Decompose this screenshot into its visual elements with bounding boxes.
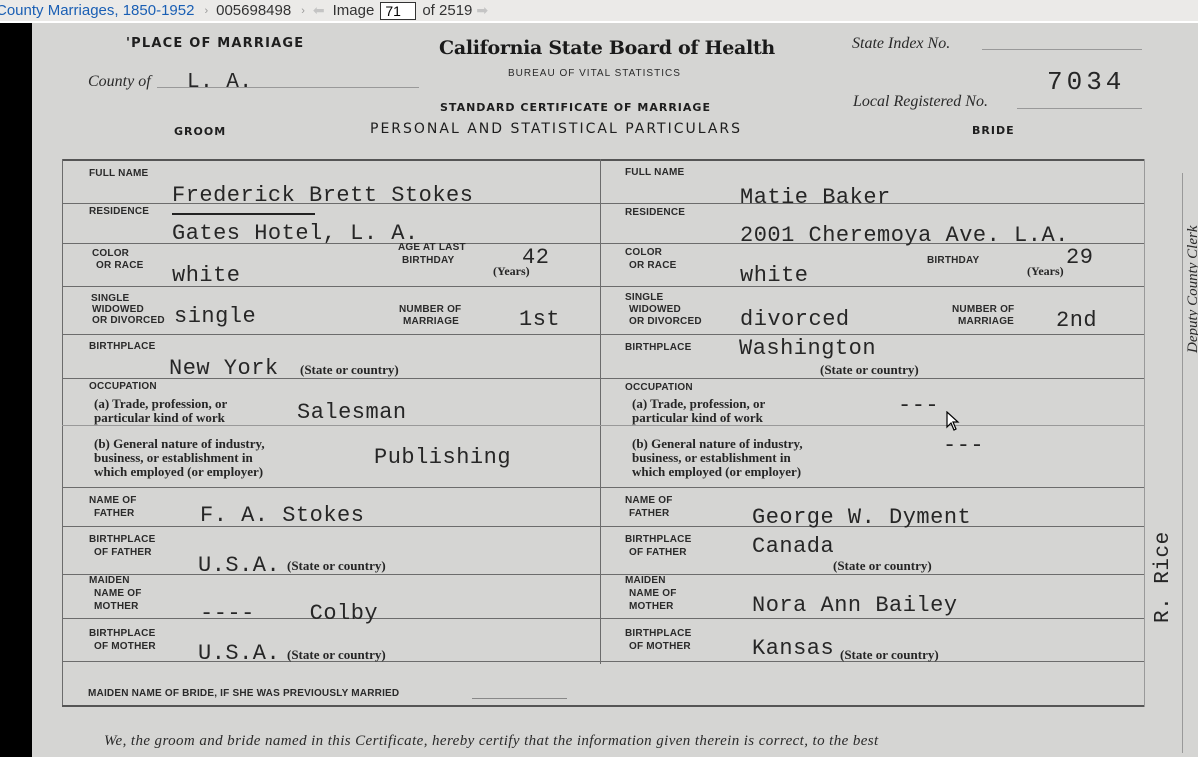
groom-residence-label: RESIDENCE (89, 206, 149, 217)
bride-father-birthplace-hint: (State or country) (833, 558, 932, 574)
margin-rule (1182, 173, 1183, 753)
groom-age-label-2: BIRTHDAY (402, 255, 454, 266)
bride-father-birthplace-label-1: BIRTHPLACE (625, 534, 691, 545)
bride-birthplace-label: BIRTHPLACE (625, 342, 691, 353)
bride-marriage-number-label-1: NUMBER OF (952, 304, 1014, 315)
bride-age-label-2: BIRTHDAY (927, 255, 979, 266)
groom-color-label-1: COLOR (92, 248, 129, 259)
groom-father-label-2: FATHER (94, 508, 134, 519)
groom-father-birthplace: U.S.A. (198, 553, 280, 578)
groom-occupation-a-label-2: particular kind of work (94, 411, 225, 425)
bride-occupation-b-label-2: business, or establishment in (632, 451, 791, 465)
local-registered-number: 7034 (1047, 67, 1125, 97)
groom-status-label-2: WIDOWED (92, 304, 144, 315)
bride-occupation-b-label-1: (b) General nature of industry, (632, 437, 803, 451)
bride-mother-birthplace-hint: (State or country) (840, 647, 939, 663)
groom-mother-label-1: MAIDEN (89, 575, 130, 586)
image-total-count: of 2519 (422, 2, 472, 19)
bride-marriage-number: 2nd (1056, 308, 1097, 333)
name-underline-mark (172, 213, 315, 215)
image-label: Image (333, 2, 375, 19)
bride-color: white (740, 263, 809, 288)
groom-years-label: (Years) (493, 264, 530, 279)
groom-mother-birthplace-label-2: OF MOTHER (94, 641, 156, 652)
county-underline (157, 87, 419, 88)
bride-occupation-a-label-1: (a) Trade, profession, or (632, 397, 765, 411)
state-index-label: State Index No. (852, 35, 950, 53)
groom-color: white (172, 263, 241, 288)
groom-mother-birthplace-hint: (State or country) (287, 647, 386, 663)
bride-status-label-1: SINGLE (625, 292, 663, 303)
groom-residence: Gates Hotel, L. A. (172, 221, 419, 246)
image-nav-bar: County Marriages, 1850-1952 › 005698498 … (0, 0, 1198, 21)
bride-occupation-label: OCCUPATION (625, 382, 693, 393)
groom-father-name: F. A. Stokes (200, 503, 364, 528)
bride-father-name: George W. Dyment (752, 505, 971, 530)
bride-mother-birthplace: Kansas (752, 636, 834, 661)
bride-occupation-trade: --- (898, 393, 939, 418)
bride-residence-label: RESIDENCE (625, 207, 685, 218)
county-label: County of (88, 73, 151, 91)
next-image-arrow-icon[interactable]: ➡ (476, 2, 488, 19)
table-center-divider (600, 159, 601, 664)
groom-mother-label-2: NAME OF (94, 588, 142, 599)
groom-occupation-label: OCCUPATION (89, 381, 157, 392)
bride-full-name: Matie Baker (740, 185, 891, 210)
bride-heading: BRIDE (972, 124, 1015, 137)
groom-mother-maiden-name: ---- Colby (200, 601, 378, 626)
groom-birthplace-hint: (State or country) (300, 362, 399, 378)
breadcrumb-film-number: 005698498 (216, 2, 291, 19)
table-top-border (62, 159, 1144, 161)
previous-image-arrow-icon[interactable]: ⬅ (313, 2, 325, 19)
bride-occupation-a-label-2: particular kind of work (632, 411, 763, 425)
bride-mother-label-2: NAME OF (629, 588, 677, 599)
groom-father-label-1: NAME OF (89, 495, 137, 506)
local-registered-label: Local Registered No. (853, 93, 988, 111)
breadcrumb-separator-icon: › (301, 5, 305, 17)
bride-color-label-1: COLOR (625, 247, 662, 258)
table-left-border (62, 159, 63, 707)
table-bottom-border (62, 705, 1144, 707)
groom-father-birthplace-label-2: OF FATHER (94, 547, 152, 558)
groom-status: single (174, 304, 256, 329)
bride-maiden-name-underline (472, 698, 567, 699)
breadcrumb-collection-link[interactable]: County Marriages, 1850-1952 (0, 2, 194, 19)
groom-marriage-number-label-2: MARRIAGE (403, 316, 459, 327)
margin-clerk-title: Deputy County Clerk (1185, 226, 1198, 353)
certification-statement: We, the groom and bride named in this Ce… (104, 733, 879, 750)
bride-father-label-1: NAME OF (625, 495, 673, 506)
bride-mother-maiden-name: Nora Ann Bailey (752, 593, 958, 618)
bride-marriage-number-label-2: MARRIAGE (958, 316, 1014, 327)
groom-father-birthplace-label-1: BIRTHPLACE (89, 534, 155, 545)
groom-mother-label-3: MOTHER (94, 601, 139, 612)
bride-father-birthplace-label-2: OF FATHER (629, 547, 687, 558)
bride-years-label: (Years) (1027, 264, 1064, 279)
margin-signature: R. Rice (1152, 531, 1175, 623)
groom-father-birthplace-hint: (State or country) (287, 558, 386, 574)
groom-occupation-b-label-3: which employed (or employer) (94, 465, 263, 479)
groom-occupation-industry: Publishing (374, 445, 511, 470)
board-of-health-title: California State Board of Health (439, 37, 775, 59)
groom-color-label-2: OR RACE (96, 260, 144, 271)
groom-status-label-3: OR DIVORCED (92, 315, 165, 326)
county-value: L. A. (187, 71, 253, 94)
groom-age-label-1: AGE AT LAST (398, 242, 466, 253)
breadcrumb-separator-icon: › (204, 5, 208, 17)
groom-status-label-1: SINGLE (91, 293, 129, 304)
bride-mother-label-1: MAIDEN (625, 575, 666, 586)
bride-occupation-industry: --- (943, 433, 984, 458)
groom-full-name-label: FULL NAME (89, 168, 148, 179)
row-line (62, 334, 1144, 335)
bride-residence: 2001 Cheremoya Ave. L.A. (740, 223, 1069, 248)
bride-full-name-label: FULL NAME (625, 167, 684, 178)
particulars-heading: PERSONAL AND STATISTICAL PARTICULARS (370, 121, 742, 137)
document-image-viewer[interactable]: 'PLACE OF MARRIAGE County of L. A. Calif… (0, 23, 1198, 757)
local-registered-underline (1017, 108, 1142, 109)
state-index-underline (982, 49, 1142, 50)
marriage-certificate-image: 'PLACE OF MARRIAGE County of L. A. Calif… (32, 23, 1198, 757)
bride-birthplace: Washington (739, 336, 876, 361)
groom-occupation-b-label-2: business, or establishment in (94, 451, 253, 465)
groom-occupation-trade: Salesman (297, 400, 407, 425)
groom-occupation-a-label-1: (a) Trade, profession, or (94, 397, 227, 411)
groom-mother-birthplace-label-1: BIRTHPLACE (89, 628, 155, 639)
groom-birthplace-label: BIRTHPLACE (89, 341, 155, 352)
bride-birthplace-hint: (State or country) (820, 362, 919, 378)
groom-marriage-number: 1st (519, 307, 560, 332)
mouse-pointer-icon (946, 411, 960, 431)
bureau-subtitle: BUREAU OF VITAL STATISTICS (508, 68, 681, 79)
bride-mother-birthplace-label-2: OF MOTHER (629, 641, 691, 652)
table-right-border (1144, 159, 1145, 707)
bride-mother-birthplace-label-1: BIRTHPLACE (625, 628, 691, 639)
bride-father-label-2: FATHER (629, 508, 669, 519)
row-line (62, 425, 1144, 426)
groom-full-name: Frederick Brett Stokes (172, 183, 473, 208)
bride-father-birthplace: Canada (752, 534, 834, 559)
bride-occupation-b-label-3: which employed (or employer) (632, 465, 801, 479)
groom-mother-birthplace: U.S.A. (198, 641, 280, 666)
groom-marriage-number-label-1: NUMBER OF (399, 304, 461, 315)
bride-maiden-name-label: MAIDEN NAME OF BRIDE, IF SHE WAS PREVIOU… (88, 688, 399, 699)
bride-color-label-2: OR RACE (629, 260, 677, 271)
row-line (62, 487, 1144, 488)
groom-occupation-b-label-1: (b) General nature of industry, (94, 437, 265, 451)
place-of-marriage-heading: 'PLACE OF MARRIAGE (126, 36, 304, 51)
groom-heading: GROOM (174, 125, 226, 138)
bride-mother-label-3: MOTHER (629, 601, 674, 612)
bride-status-label-2: WIDOWED (629, 304, 681, 315)
image-number-input[interactable] (380, 2, 416, 20)
bride-age: 29 (1066, 245, 1093, 270)
bride-status-label-3: OR DIVORCED (629, 316, 702, 327)
groom-birthplace: New York (169, 356, 279, 381)
bride-status: divorced (740, 307, 850, 332)
standard-certificate-heading: STANDARD CERTIFICATE OF MARRIAGE (440, 101, 711, 114)
